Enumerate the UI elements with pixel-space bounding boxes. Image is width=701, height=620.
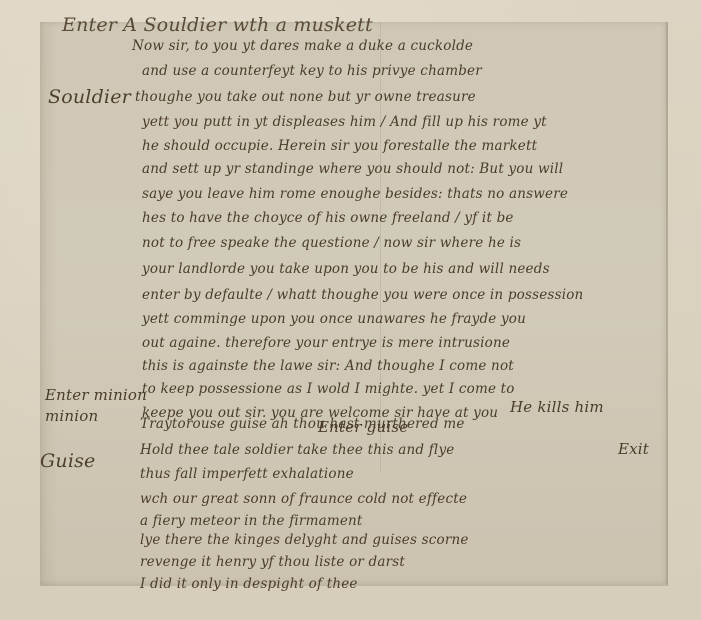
- stage-direction-enter-souldier: Enter A Souldier wth a muskett: [62, 14, 373, 36]
- text-line: this is againste the lawe sir: And thoug…: [142, 358, 514, 374]
- stage-direction-exit: Exit: [618, 440, 649, 458]
- text-line: thus fall imperfett exhalatione: [140, 466, 354, 482]
- text-line: and sett up yr standinge where you shoul…: [142, 161, 563, 177]
- text-line: yett you putt in yt displeases him / And…: [142, 114, 547, 130]
- speaker-guise: Guise: [40, 450, 96, 472]
- text-line: thoughe you take out none but yr owne tr…: [135, 89, 476, 105]
- text-line: revenge it henry yf thou liste or darst: [140, 554, 405, 570]
- text-line: to keep possessione as I wold I mighte. …: [142, 381, 515, 397]
- text-line: Now sir, to you yt dares make a duke a c…: [132, 38, 473, 54]
- text-line: hes to have the choyce of his owne freel…: [142, 210, 514, 226]
- text-line: Traytorouse guise ah thou hast murthered…: [140, 416, 465, 432]
- text-line: lye there the kinges delyght and guises …: [140, 532, 469, 548]
- text-line: your landlorde you take upon you to be h…: [142, 261, 550, 277]
- text-line: he should occupie. Herein sir you forest…: [142, 138, 537, 154]
- text-line: a fiery meteor in the firmament: [140, 513, 363, 529]
- text-line: out againe. therefore your entrye is mer…: [142, 335, 510, 351]
- text-line: enter by defaulte / whatt thoughe you we…: [142, 287, 583, 303]
- text-line: and use a counterfeyt key to his privye …: [142, 63, 482, 79]
- text-line: saye you leave him rome enoughe besides:…: [142, 186, 568, 202]
- stage-direction-he-kills-him: He kills him: [510, 398, 604, 416]
- speaker-souldier: Souldier: [48, 86, 131, 108]
- text-line: not to free speake the questione / now s…: [142, 235, 521, 251]
- text-line: Hold thee tale soldier take thee this an…: [140, 442, 454, 458]
- text-line: wch our great sonn of fraunce cold not e…: [140, 491, 467, 507]
- speaker-minion: minion: [45, 407, 98, 425]
- stage-direction-enter-minion: Enter minion: [45, 386, 147, 404]
- text-line: I did it only in despight of thee: [140, 576, 358, 592]
- text-line: yett comminge upon you once unawares he …: [142, 311, 526, 327]
- stage-direction-enter-guise: Enter guise: [318, 418, 408, 436]
